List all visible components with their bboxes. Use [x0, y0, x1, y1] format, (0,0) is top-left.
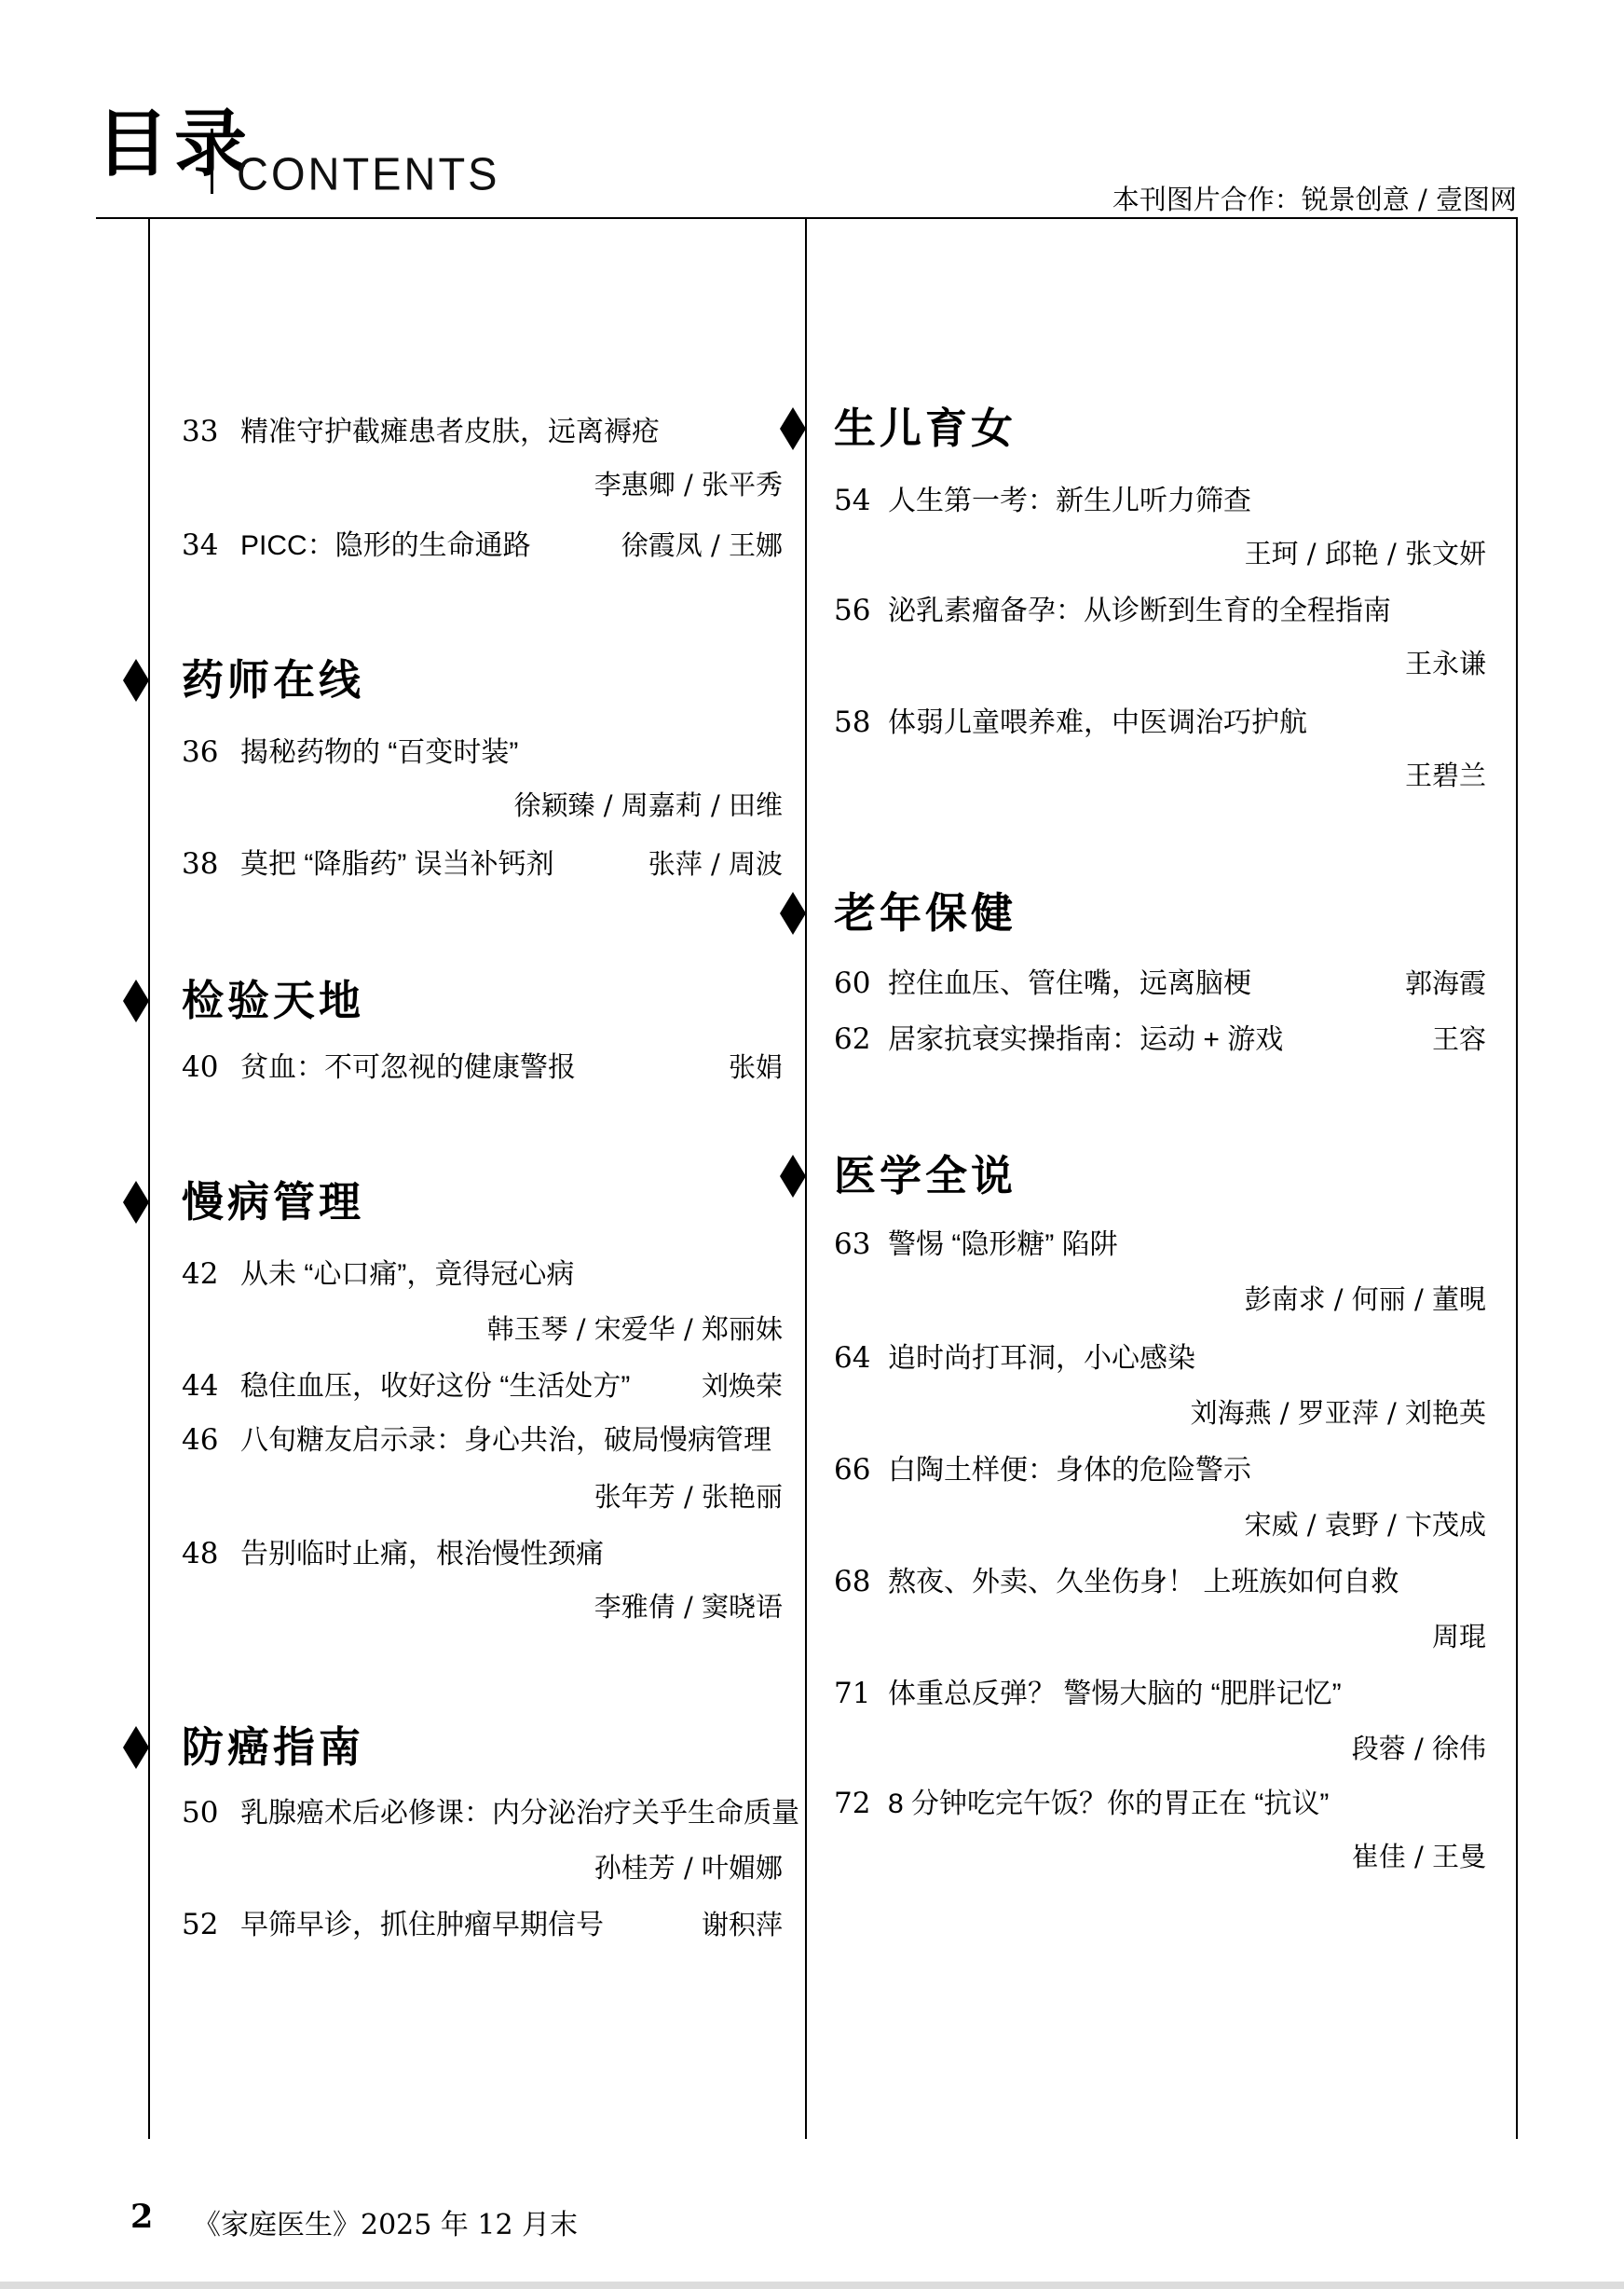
- left-border-rule: [148, 217, 150, 2139]
- section-title: 医学全说: [834, 1153, 1017, 1199]
- entry-authors: 周琨: [1432, 1621, 1486, 1652]
- entry-authors: 谢积萍: [683, 1904, 783, 1942]
- toc-authors-row: 周琨: [834, 1616, 1486, 1657]
- entry-authors: 王碧兰: [1405, 760, 1486, 791]
- header-rule: [96, 217, 1518, 219]
- entry-page-number: 66: [834, 1453, 888, 1487]
- section-diamond-icon: [780, 407, 806, 450]
- toc-entry-row: 71体重总反弹？ 警惕大脑的 “肥胖记忆”: [834, 1670, 1486, 1711]
- entry-authors: 宋威 / 袁野 / 卞茂成: [1245, 1509, 1486, 1541]
- entry-authors: 徐颖臻 / 周嘉莉 / 田维: [514, 789, 783, 821]
- entry-page-number: 50: [182, 1796, 240, 1830]
- entry-page-number: 42: [182, 1257, 240, 1291]
- toc-entry-row: 50乳腺癌术后必修课：内分泌治疗关乎生命质量: [182, 1789, 783, 1830]
- toc-entry-row: 60控住血压、管住嘴，远离脑梗郭海霞: [834, 960, 1486, 1001]
- entry-page-number: 62: [834, 1022, 888, 1056]
- section-diamond-icon: [780, 892, 806, 935]
- toc-section-header: 防癌指南: [182, 1724, 783, 1778]
- section-title: 防癌指南: [182, 1724, 364, 1771]
- entry-page-number: 72: [834, 1787, 888, 1820]
- entry-page-number: 64: [834, 1341, 888, 1375]
- toc-section-header: 药师在线: [182, 657, 783, 711]
- photo-credit: 本刊图片合作：锐景创意 / 壹图网: [1112, 179, 1517, 217]
- entry-title: 揭秘药物的 “百变时装”: [240, 729, 518, 770]
- toc-entry-row: 728 分钟吃完午饭？你的胃正在 “抗议”: [834, 1780, 1486, 1821]
- entry-title: 莫把 “降脂药” 误当补钙剂: [240, 841, 554, 882]
- entry-title: 警惕 “隐形糖” 陷阱: [888, 1221, 1118, 1262]
- entry-title: 居家抗衰实操指南：运动 + 游戏: [888, 1016, 1283, 1057]
- entry-authors: 孙桂芳 / 叶媚娜: [594, 1852, 783, 1884]
- entry-authors: 张娟: [710, 1047, 783, 1085]
- entry-page-number: 54: [834, 484, 888, 517]
- toc-entry-row: 56泌乳素瘤备孕：从诊断到生育的全程指南: [834, 587, 1486, 628]
- column-divider-rule: [805, 217, 807, 2139]
- entry-title: 乳腺癌术后必修课：内分泌治疗关乎生命质量: [240, 1789, 799, 1830]
- toc-page: 目录 CONTENTS 本刊图片合作：锐景创意 / 壹图网 33精准守护截瘫患者…: [0, 0, 1624, 2289]
- toc-entry-row: 52早筛早诊，抓住肿瘤早期信号谢积萍: [182, 1901, 783, 1942]
- toc-section-header: 生儿育女: [834, 405, 1486, 459]
- entry-authors: 崔佳 / 王曼: [1352, 1841, 1486, 1872]
- entry-title: 泌乳素瘤备孕：从诊断到生育的全程指南: [888, 587, 1391, 628]
- entry-authors: 张年芳 / 张艳丽: [594, 1481, 783, 1513]
- toc-authors-row: 孙桂芳 / 叶媚娜: [182, 1847, 783, 1888]
- entry-page-number: 44: [182, 1369, 240, 1403]
- footer-issue-info: 《家庭医生》2025 年 12 月末: [193, 2201, 578, 2242]
- entry-authors: 刘焕荣: [683, 1365, 783, 1404]
- toc-section-header: 医学全说: [834, 1153, 1486, 1207]
- entry-title: 白陶土样便：身体的危险警示: [888, 1446, 1251, 1487]
- entry-page-number: 68: [834, 1565, 888, 1598]
- toc-entry-row: 34PICC：隐形的生命通路徐霞凤 / 王娜: [182, 522, 783, 563]
- section-diamond-icon: [780, 1155, 806, 1198]
- entry-page-number: 58: [834, 706, 888, 739]
- page-number: 2: [130, 2198, 153, 2236]
- section-diamond-icon: [123, 1181, 149, 1224]
- entry-page-number: 71: [834, 1677, 888, 1710]
- entry-authors: 李雅倩 / 窦晓语: [594, 1591, 783, 1623]
- toc-entry-row: 44稳住血压，收好这份 “生活处方”刘焕荣: [182, 1363, 783, 1404]
- section-title: 检验天地: [182, 978, 364, 1024]
- entry-page-number: 46: [182, 1423, 240, 1457]
- entry-authors: 徐霞凤 / 王娜: [603, 525, 783, 563]
- toc-entry-row: 66白陶土样便：身体的危险警示: [834, 1446, 1486, 1487]
- toc-entry-row: 33精准守护截瘫患者皮肤，远离褥疮: [182, 408, 783, 449]
- page-bottom-edge: [0, 2282, 1624, 2289]
- toc-authors-row: 王碧兰: [834, 755, 1486, 796]
- entry-authors: 王永谦: [1405, 648, 1486, 679]
- entry-title: 八旬糖友启示录：身心共治，破局慢病管理: [240, 1417, 771, 1458]
- toc-authors-row: 崔佳 / 王曼: [834, 1836, 1486, 1877]
- toc-authors-row: 宋威 / 袁野 / 卞茂成: [834, 1504, 1486, 1545]
- entry-title: 稳住血压，收好这份 “生活处方”: [240, 1363, 630, 1404]
- toc-authors-row: 王珂 / 邱艳 / 张文妍: [834, 533, 1486, 574]
- toc-authors-row: 刘海燕 / 罗亚萍 / 刘艳英: [834, 1392, 1486, 1433]
- section-title: 老年保健: [834, 890, 1017, 937]
- entry-page-number: 36: [182, 735, 240, 769]
- section-diamond-icon: [123, 659, 149, 702]
- section-title: 药师在线: [182, 657, 364, 704]
- entry-title: PICC：隐形的生命通路: [240, 522, 531, 563]
- entry-title: 控住血压、管住嘴，远离脑梗: [888, 960, 1251, 1001]
- entry-title: 人生第一考：新生儿听力筛查: [888, 477, 1251, 518]
- right-border-rule: [1516, 217, 1518, 2139]
- toc-section-header: 检验天地: [182, 978, 783, 1032]
- toc-entry-row: 54人生第一考：新生儿听力筛查: [834, 477, 1486, 518]
- entry-title: 体重总反弹？ 警惕大脑的 “肥胖记忆”: [888, 1670, 1342, 1711]
- entry-title: 熬夜、外卖、久坐伤身！ 上班族如何自救: [888, 1558, 1399, 1599]
- entry-page-number: 38: [182, 847, 240, 881]
- entry-title: 8 分钟吃完午饭？你的胃正在 “抗议”: [888, 1780, 1329, 1821]
- entry-authors: 郭海霞: [1386, 963, 1486, 1001]
- toc-entry-row: 48告别临时止痛，根治慢性颈痛: [182, 1530, 783, 1571]
- toc-authors-row: 韩玉琴 / 宋爱华 / 郑丽妹: [182, 1309, 783, 1350]
- section-title: 生儿育女: [834, 405, 1017, 452]
- toc-section-header: 老年保健: [834, 890, 1486, 944]
- toc-authors-row: 段蓉 / 徐伟: [834, 1728, 1486, 1769]
- entry-page-number: 56: [834, 594, 888, 627]
- page-title-en: CONTENTS: [237, 151, 500, 197]
- entry-authors: 韩玉琴 / 宋爱华 / 郑丽妹: [487, 1313, 783, 1345]
- toc-entry-row: 38莫把 “降脂药” 误当补钙剂张萍 / 周波: [182, 841, 783, 882]
- entry-page-number: 52: [182, 1908, 240, 1941]
- entry-title: 体弱儿童喂养难，中医调治巧护航: [888, 699, 1307, 740]
- entry-page-number: 40: [182, 1050, 240, 1084]
- entry-page-number: 33: [182, 415, 240, 448]
- entry-authors: 张萍 / 周波: [630, 843, 783, 882]
- toc-authors-row: 徐颖臻 / 周嘉莉 / 田维: [182, 785, 783, 826]
- toc-authors-row: 彭南求 / 何丽 / 董晛: [834, 1279, 1486, 1320]
- entry-title: 早筛早诊，抓住肿瘤早期信号: [240, 1901, 604, 1942]
- entry-authors: 王珂 / 邱艳 / 张文妍: [1245, 538, 1486, 569]
- toc-section-header: 慢病管理: [182, 1179, 783, 1233]
- entry-authors: 刘海燕 / 罗亚萍 / 刘艳英: [1191, 1397, 1486, 1429]
- toc-authors-row: 张年芳 / 张艳丽: [182, 1476, 783, 1517]
- toc-entry-row: 46八旬糖友启示录：身心共治，破局慢病管理: [182, 1417, 783, 1458]
- entry-page-number: 63: [834, 1227, 888, 1261]
- entry-authors: 王容: [1413, 1019, 1486, 1057]
- entry-page-number: 60: [834, 966, 888, 1000]
- entry-title: 贫血：不可忽视的健康警报: [240, 1044, 576, 1085]
- entry-title: 追时尚打耳洞，小心感染: [888, 1335, 1195, 1376]
- section-diamond-icon: [123, 1726, 149, 1769]
- entry-authors: 段蓉 / 徐伟: [1352, 1733, 1486, 1764]
- entry-title: 告别临时止痛，根治慢性颈痛: [240, 1530, 604, 1571]
- toc-entry-row: 62居家抗衰实操指南：运动 + 游戏王容: [834, 1016, 1486, 1057]
- page-title-cn: 目录: [96, 108, 252, 181]
- toc-authors-row: 李雅倩 / 窦晓语: [182, 1586, 783, 1627]
- toc-authors-row: 王永谦: [834, 643, 1486, 684]
- entry-page-number: 34: [182, 528, 240, 562]
- section-diamond-icon: [123, 980, 149, 1022]
- entry-title: 从未 “心口痛”，竟得冠心病: [240, 1251, 574, 1292]
- entry-authors: 李惠卿 / 张平秀: [594, 469, 783, 500]
- entry-page-number: 48: [182, 1537, 240, 1570]
- section-title: 慢病管理: [182, 1179, 364, 1226]
- title-divider-bar: [211, 129, 213, 194]
- toc-entry-row: 58体弱儿童喂养难，中医调治巧护航: [834, 699, 1486, 740]
- toc-entry-row: 63警惕 “隐形糖” 陷阱: [834, 1221, 1486, 1262]
- toc-authors-row: 李惠卿 / 张平秀: [182, 464, 783, 505]
- toc-entry-row: 36揭秘药物的 “百变时装”: [182, 729, 783, 770]
- toc-entry-row: 40贫血：不可忽视的健康警报张娟: [182, 1044, 783, 1085]
- entry-authors: 彭南求 / 何丽 / 董晛: [1245, 1283, 1486, 1315]
- toc-entry-row: 64追时尚打耳洞，小心感染: [834, 1335, 1486, 1376]
- toc-entry-row: 68熬夜、外卖、久坐伤身！ 上班族如何自救: [834, 1558, 1486, 1599]
- toc-entry-row: 42从未 “心口痛”，竟得冠心病: [182, 1251, 783, 1292]
- entry-title: 精准守护截瘫患者皮肤，远离褥疮: [240, 408, 660, 449]
